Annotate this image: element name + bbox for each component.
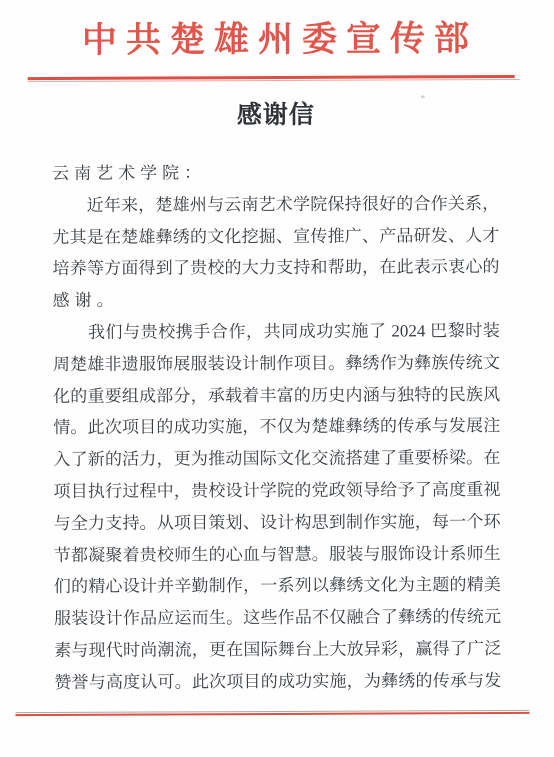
body-line: 周楚雄非遗服饰展服装设计制作项目。彝绣作为彝族传统文 bbox=[53, 347, 500, 381]
body-line: 情。此次项目的成功实施，不仅为楚雄彝绣的传承与发展注 bbox=[53, 410, 500, 444]
paragraph-end-line: 感谢。 bbox=[53, 283, 500, 317]
body-line: 节都凝聚着贵校师生的心血与智慧。服装与服饰设计系师生 bbox=[54, 538, 501, 572]
scan-speck bbox=[421, 95, 425, 98]
letter-body: 云南艺术学院： 近年来，楚雄州与云南艺术学院保持很好的合作关系， 尤其是在楚雄彝… bbox=[52, 156, 501, 698]
body-line: 素与现代时尚潮流，更在国际舞台上大放异彩，赢得了广泛 bbox=[54, 633, 501, 667]
letterhead-rule-shadow bbox=[28, 79, 520, 82]
body-line: 赞誉与高度认可。此次项目的成功实施，为彝绣的传承与发 bbox=[54, 665, 501, 699]
letterhead-title: 中共楚雄州委宣传部 bbox=[0, 20, 553, 60]
document-title: 感谢信 bbox=[0, 99, 553, 133]
salutation-line: 云南艺术学院： bbox=[52, 156, 499, 190]
body-line: 服装设计作品应运而生。这些作品不仅融合了彝绣的传统元 bbox=[54, 601, 501, 635]
body-line: 尤其是在楚雄彝绣的文化挖掘、宣传推广、产品研发、人才 bbox=[52, 220, 499, 254]
body-line: 与全力支持。从项目策划、设计构思到制作实施，每一个环 bbox=[54, 506, 501, 540]
body-line: 项目执行过程中，贵校设计学院的党政领导给予了高度重视 bbox=[53, 474, 500, 508]
body-line: 我们与贵校携手合作，共同成功实施了 2024 巴黎时装 bbox=[53, 315, 500, 349]
body-line: 近年来，楚雄州与云南艺术学院保持很好的合作关系， bbox=[52, 188, 499, 222]
body-line: 们的精心设计并辛勤制作，一系列以彝绣文化为主题的精美 bbox=[54, 569, 501, 603]
body-line: 培养等方面得到了贵校的大力支持和帮助，在此表示衷心的 bbox=[52, 251, 499, 285]
scanned-letter-page: 中共楚雄州委宣传部 感谢信 云南艺术学院： 近年来，楚雄州与云南艺术学院保持很好… bbox=[0, 0, 554, 757]
body-line: 化的重要组成部分，承载着丰富的历史内涵与独特的民族风 bbox=[53, 379, 500, 413]
body-line: 入了新的活力，更为推动国际文化交流搭建了重要桥梁。在 bbox=[53, 442, 500, 476]
scan-tilt-wrapper: 中共楚雄州委宣传部 感谢信 云南艺术学院： 近年来，楚雄州与云南艺术学院保持很好… bbox=[0, 0, 554, 757]
